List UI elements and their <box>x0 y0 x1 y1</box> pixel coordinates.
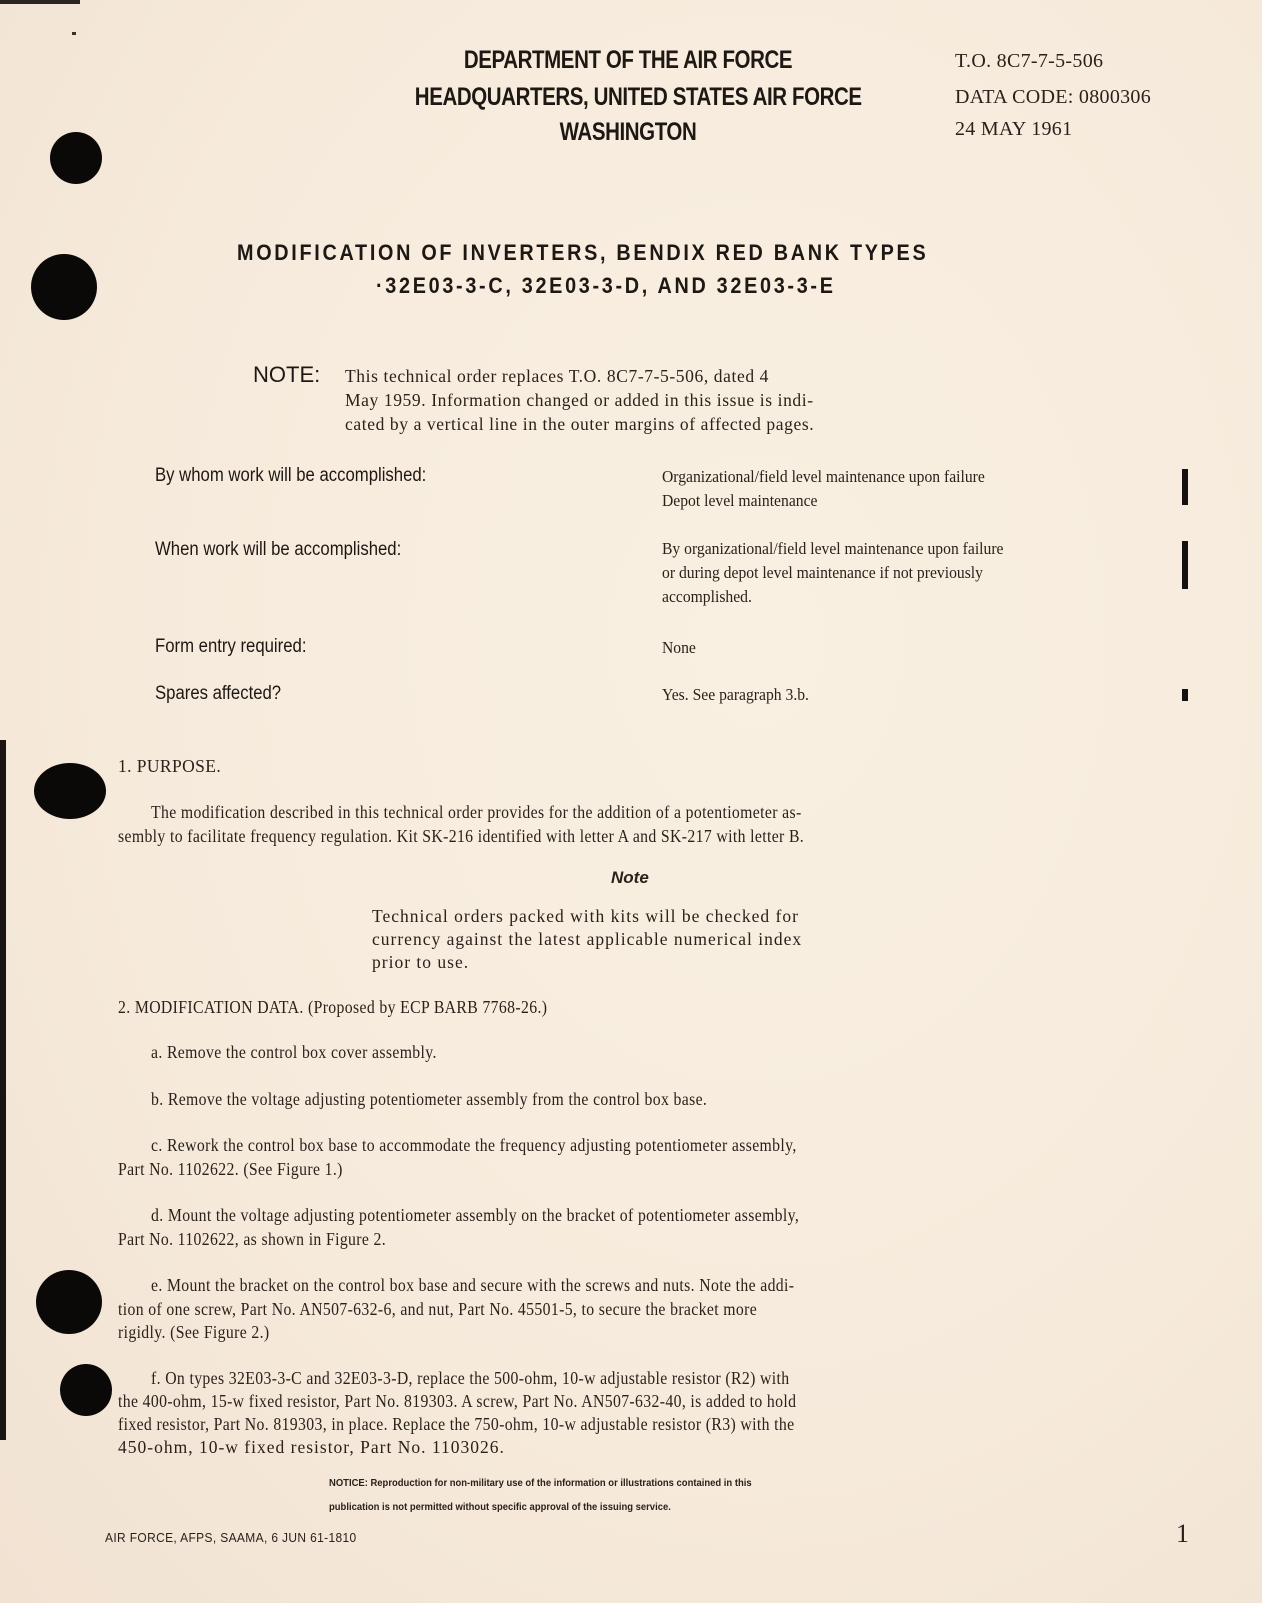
note-label: NOTE: <box>253 362 320 388</box>
scan-edge <box>0 0 80 4</box>
change-bar <box>1182 689 1188 701</box>
speck <box>72 32 76 35</box>
step-e: rigidly. (See Figure 2.) <box>118 1322 270 1343</box>
to-number: T.O. 8C7-7-5-506 <box>955 50 1103 73</box>
step-f: fixed resistor, Part No. 819303, in plac… <box>118 1414 794 1435</box>
headquarters-line: HEADQUARTERS, UNITED STATES AIR FORCE <box>415 83 841 112</box>
section-heading-modification: 2. MODIFICATION DATA. (Proposed by ECP B… <box>118 997 547 1018</box>
info-label-form-entry: Form entry required: <box>155 636 306 658</box>
info-value-when: accomplished. <box>662 587 752 607</box>
step-d: Part No. 1102622, as shown in Figure 2. <box>118 1229 386 1250</box>
note-line: cated by a vertical line in the outer ma… <box>345 414 814 435</box>
info-value-when: or during depot level maintenance if not… <box>662 563 983 583</box>
printer-imprint: AIR FORCE, AFPS, SAAMA, 6 JUN 61-1810 <box>105 1530 357 1545</box>
step-e: tion of one screw, Part No. AN507-632-6,… <box>118 1299 757 1320</box>
note-line: May 1959. Information changed or added i… <box>345 390 814 411</box>
note-line: This technical order replaces T.O. 8C7-7… <box>345 366 769 387</box>
info-label-when: When work will be accomplished: <box>155 539 401 561</box>
step-d: d. Mount the voltage adjusting potentiom… <box>151 1205 799 1226</box>
issue-date: 24 MAY 1961 <box>955 118 1072 141</box>
punch-hole-icon <box>50 132 102 184</box>
punch-hole-icon <box>34 763 106 819</box>
purpose-text: The modification described in this techn… <box>151 802 802 823</box>
section-heading-purpose: 1. PURPOSE. <box>118 756 221 777</box>
change-bar <box>1182 469 1188 505</box>
info-label-by-whom: By whom work will be accomplished: <box>155 465 426 487</box>
step-c: c. Rework the control box base to accomm… <box>151 1135 797 1156</box>
info-value-when: By organizational/field level maintenanc… <box>662 539 1003 559</box>
step-a: a. Remove the control box cover assembly… <box>151 1042 437 1063</box>
page-number: 1 <box>1176 1519 1189 1549</box>
document-subtitle: ·32E03-3-C, 32E03-3-D, AND 32E03-3-E <box>376 273 836 299</box>
reproduction-notice: publication is not permitted without spe… <box>329 1501 671 1513</box>
info-value-by-whom: Organizational/field level maintenance u… <box>662 467 985 487</box>
step-f: 450-ohm, 10-w fixed resistor, Part No. 1… <box>118 1437 505 1458</box>
punch-hole-icon <box>36 1270 102 1334</box>
note-body: Technical orders packed with kits will b… <box>372 906 799 927</box>
info-label-spares: Spares affected? <box>155 683 281 705</box>
data-code: DATA CODE: 0800306 <box>955 86 1151 109</box>
step-e: e. Mount the bracket on the control box … <box>151 1275 794 1296</box>
note-body: currency against the latest applicable n… <box>372 929 802 950</box>
scan-edge <box>0 740 6 1440</box>
note-body: prior to use. <box>372 952 469 973</box>
location-line: WASHINGTON <box>415 118 841 147</box>
document-page: DEPARTMENT OF THE AIR FORCE HEADQUARTERS… <box>0 0 1262 1603</box>
info-value-by-whom: Depot level maintenance <box>662 491 817 511</box>
reproduction-notice: NOTICE: Reproduction for non-military us… <box>329 1477 752 1489</box>
step-c: Part No. 1102622. (See Figure 1.) <box>118 1159 343 1180</box>
punch-hole-icon <box>60 1364 112 1416</box>
punch-hole-icon <box>31 254 97 320</box>
step-f: f. On types 32E03-3-C and 32E03-3-D, rep… <box>151 1368 789 1389</box>
step-f: the 400-ohm, 15-w fixed resistor, Part N… <box>118 1391 796 1412</box>
department-line: DEPARTMENT OF THE AIR FORCE <box>415 46 841 75</box>
info-value-spares: Yes. See paragraph 3.b. <box>662 685 809 705</box>
note-heading: Note <box>611 868 649 888</box>
document-title: MODIFICATION OF INVERTERS, BENDIX RED BA… <box>237 240 928 266</box>
purpose-text: sembly to facilitate frequency regulatio… <box>118 826 804 847</box>
change-bar <box>1182 541 1188 589</box>
step-b: b. Remove the voltage adjusting potentio… <box>151 1089 707 1110</box>
info-value-form-entry: None <box>662 638 696 658</box>
